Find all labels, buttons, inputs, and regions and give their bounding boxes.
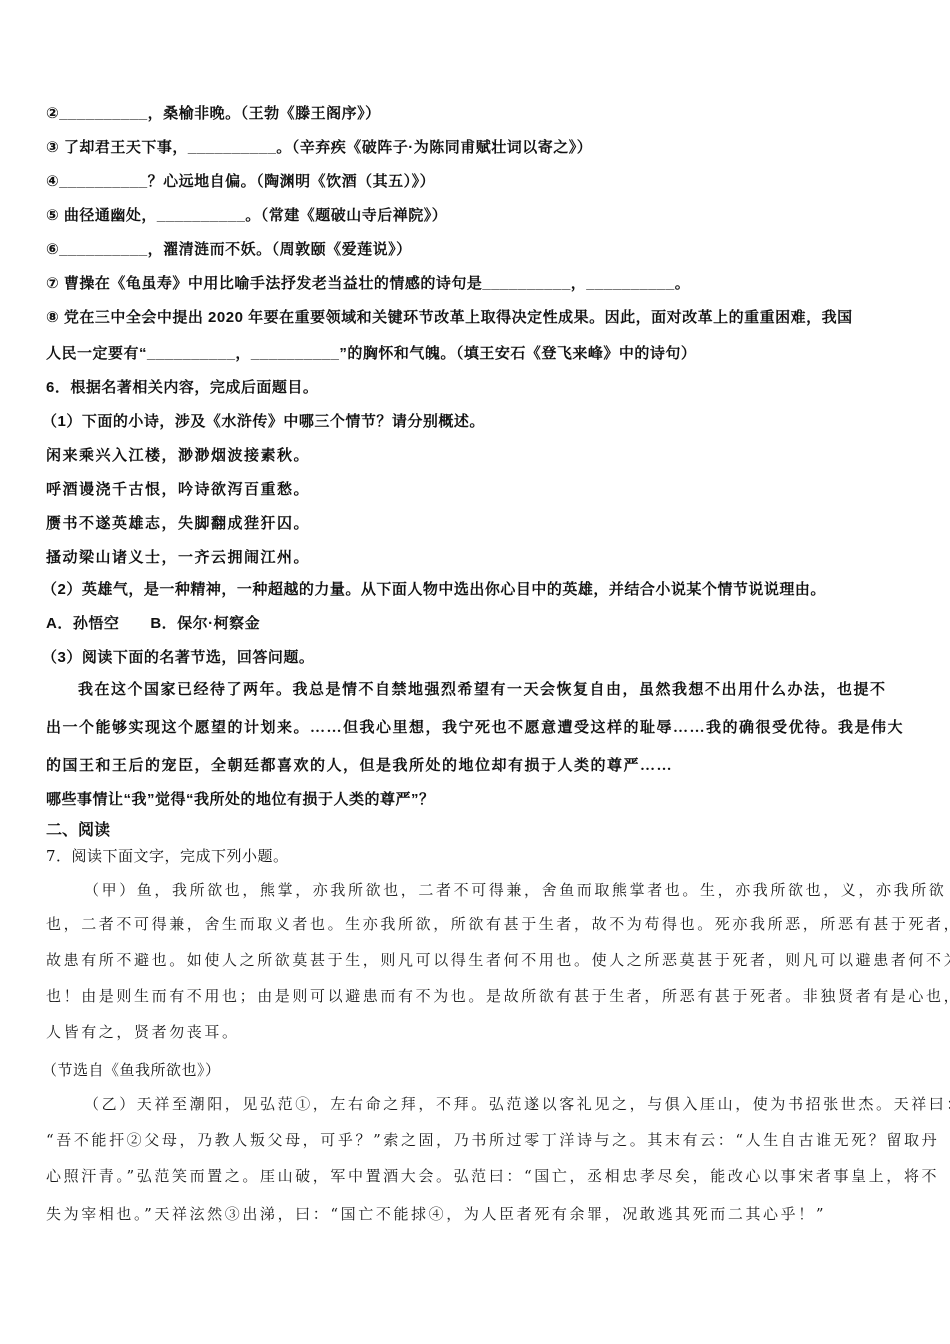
passage-a-line-4: 也！由是则生而有不用也；由是则可以避患而有不为也。是故所欲有甚于生者，所恶有甚于… [46, 986, 950, 1006]
passage-a-line-3: 故患有所不避也。如使人之所欲莫甚于生，则凡可以得生者何不用也。使人之所恶莫甚于死… [46, 950, 950, 970]
question-6-title: 6．根据名著相关内容，完成后面题目。 [46, 378, 318, 398]
question-6-options: A．孙悟空 B．保尔·柯察金 [46, 614, 260, 634]
fill-in-item-2: ②__________，桑榆非晚。（王勃《滕王阁序》） [46, 104, 381, 124]
question-6-part3-prompt: （3）阅读下面的名著节选，回答问题。 [42, 648, 314, 668]
fill-in-item-4: ④__________？心远地自偏。（陶渊明《饮酒（其五）》） [46, 172, 435, 192]
question-6-part1-prompt: （1）下面的小诗，涉及《水浒传》中哪三个情节？请分别概述。 [42, 412, 485, 432]
passage-b-line-1: （乙）天祥至潮阳，见弘范①，左右命之拜，不拜。弘范遂以客礼见之，与俱入厓山，使为… [84, 1094, 950, 1114]
excerpt-line-1: 我在这个国家已经待了两年。我总是情不自禁地强烈希望有一天会恢复自由，虽然我想不出… [78, 680, 887, 700]
poem-line-1: 闲来乘兴入江楼，渺渺烟波接素秋。 [46, 446, 310, 466]
question-7-title: 7．阅读下面文字，完成下列小题。 [46, 846, 289, 866]
fill-in-item-6: ⑥__________，濯清涟而不妖。（周敦颐《爱莲说》） [46, 240, 412, 260]
passage-b-line-4: 失为宰相也。”天祥泫然③出涕，曰：“国亡不能捄④，为人臣者死有余罪，况敢逃其死而… [46, 1204, 826, 1224]
poem-line-2: 呼酒谩浇千古恨，吟诗欲泻百重愁。 [46, 480, 310, 500]
passage-b-line-2: “吾不能扞②父母，乃教人叛父母，可乎？”索之固，乃书所过零丁洋诗与之。其末有云：… [46, 1130, 939, 1150]
fill-in-item-3: ③ 了却君王天下事，__________。（辛弃疾《破阵子·为陈同甫赋壮词以寄之… [46, 138, 592, 158]
question-6-part3-question: 哪些事情让“我”觉得“我所处的地位有损于人类的尊严”？ [46, 790, 435, 810]
passage-a-line-1: （甲）鱼，我所欲也，熊掌，亦我所欲也，二者不可得兼，舍鱼而取熊掌者也。生，亦我所… [84, 880, 946, 900]
poem-line-3: 赝书不遂英雄志，失脚翻成狴犴囚。 [46, 514, 310, 534]
question-6-part2-prompt: （2）英雄气，是一种精神，一种超越的力量。从下面人物中选出你心目中的英雄，并结合… [42, 580, 826, 600]
poem-line-4: 搔动梁山诸义士，一齐云拥闹江州。 [46, 548, 310, 568]
fill-in-item-7: ⑦ 曹操在《龟虽寿》中用比喻手法抒发老当益壮的情感的诗句是__________，… [46, 274, 690, 294]
fill-in-item-8-line1: ⑧ 党在三中全会中提出 2020 年要在重要领域和关键环节改革上取得决定性成果。… [46, 308, 853, 328]
passage-a-source: （节选自《鱼我所欲也》） [42, 1060, 221, 1080]
document-page: ②__________，桑榆非晚。（王勃《滕王阁序》） ③ 了却君王天下事，__… [0, 0, 950, 1344]
section-heading-reading: 二、阅读 [46, 820, 110, 840]
passage-a-line-2: 也，二者不可得兼，舍生而取义者也。生亦我所欲，所欲有甚于生者，故不为苟得也。死亦… [46, 914, 950, 934]
fill-in-item-5: ⑤ 曲径通幽处，__________。（常建《题破山寺后禅院》） [46, 206, 447, 226]
passage-b-line-3: 心照汗青。”弘范笑而置之。厓山破，军中置酒大会。弘范曰：“国亡，丞相忠孝尽矣，能… [46, 1166, 939, 1186]
passage-a-line-5: 人皆有之，贤者勿丧耳。 [46, 1022, 240, 1042]
excerpt-line-3: 的国王和王后的宠臣，全朝廷都喜欢的人，但是我所处的地位却有损于人类的尊严…… [46, 756, 673, 776]
fill-in-item-8-line2: 人民一定要有“__________，__________”的胸怀和气魄。（填王安… [46, 344, 696, 364]
excerpt-line-2: 出一个能够实现这个愿望的计划来。……但我心里想，我宁死也不愿意遭受这样的耻辱……… [46, 718, 904, 738]
